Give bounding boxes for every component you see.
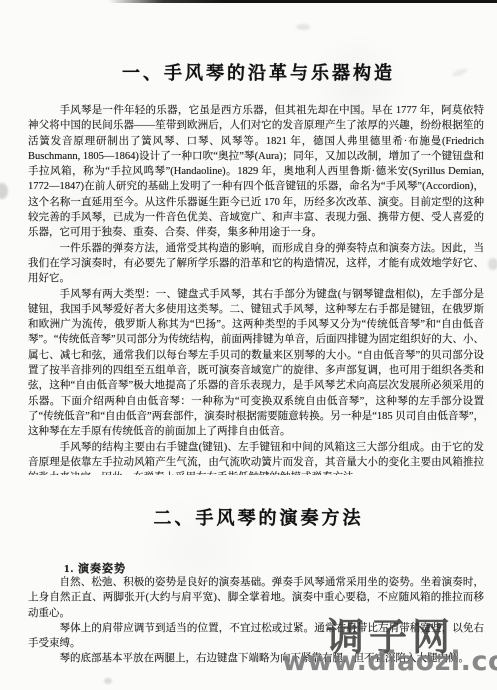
section-1-body: 手风琴是一件年轻的乐器，它虽是西方乐器，但其祖先却在中国。早在 1777 年，阿… [28, 103, 484, 475]
section-2-body: 自然、松弛、积极的姿势是良好的演奏基础。弹奏手风琴通常采用坐的姿势。坐着演奏时，… [28, 575, 484, 667]
paragraph-accordion-structure: 手风琴的结构主要由右手键盘(键钮)、左手键钮和中间的风箱这三大部分组成。由于它的… [28, 440, 484, 475]
subsection-title-posture: 1. 演奏姿势 [64, 560, 126, 576]
paragraph-history-origin: 手风琴是一件年轻的乐器，它虽是西方乐器，但其祖先却在中国。早在 1777 年，阿… [28, 103, 484, 241]
document-page: 一、手风琴的沿革与乐器构造 手风琴是一件年轻的乐器，它虽是西方乐器，但其祖先却在… [0, 0, 497, 690]
paragraph-why-learn-structure: 一件乐器的弹奏方法，通常受其构造的影响，而形成自身的弹奏特点和演奏方法。因此，当… [28, 241, 484, 287]
scan-edge-line [108, 0, 497, 3]
scan-smudge [296, 24, 310, 30]
scan-smudge [488, 258, 497, 270]
paragraph-shoulder-straps: 琴体上的肩带应调节到适当的位置，不宜过松或过紧。通常右肩带比左肩带稍宽些，以免右… [28, 621, 484, 652]
scan-smudge [0, 183, 8, 199]
paragraph-accordion-types: 手风琴有两大类型：一、键盘式手风琴，其右手部分为键盘(与钢琴键盘相似)，左手部分… [28, 287, 484, 440]
paragraph-instrument-placement: 琴的底部基本平放在两腿上，右边键盘下端略为向下紧靠右腿，但不宜深陷入大腿内侧。 [28, 651, 484, 666]
paragraph-sitting-posture: 自然、松弛、积极的姿势是良好的演奏基础。弹奏手风琴通常采用坐的姿势。坐着演奏时，… [28, 575, 484, 621]
scan-smudge [104, 678, 112, 684]
section-1-title: 一、手风琴的沿革与乐器构造 [30, 59, 487, 85]
section-2-title: 二、手风琴的演奏方法 [30, 504, 487, 530]
